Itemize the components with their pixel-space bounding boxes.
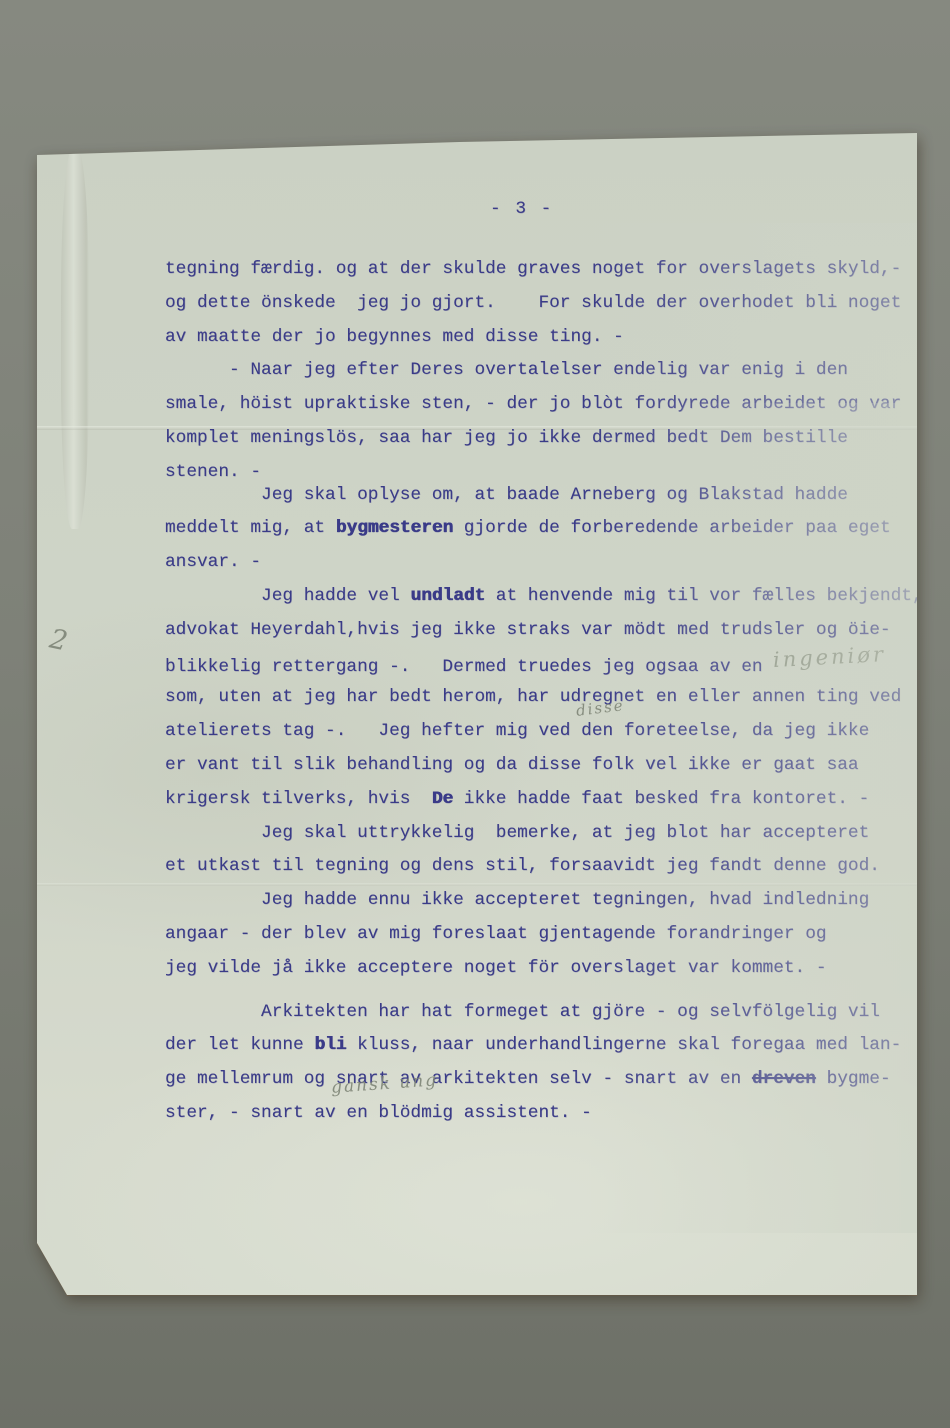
typed-line-23: Arkitekten har hat formeget at gjöre - o…: [165, 996, 925, 1030]
document-page: - 3 - tegning færdig. og at der skulde g…: [37, 133, 917, 1295]
typed-line-9: meddelt mig, at bygmesteren gjorde de fo…: [165, 512, 925, 546]
typed-text: bli: [314, 1035, 346, 1055]
typed-text: angaar - der blev av mig foreslaat gjent…: [165, 924, 827, 944]
typed-line-24: der let kunne bli kluss, naar underhandl…: [165, 1029, 925, 1063]
typed-line-14: som, uten at jeg har bedt herom, har udr…: [165, 681, 925, 715]
typed-text: meddelt mig, at: [165, 518, 336, 538]
typed-line-11: Jeg hadde vel undladt at henvende mig ti…: [165, 580, 925, 614]
typed-text: at henvende mig til vor fælles bekjendt,: [485, 586, 923, 606]
typed-line-19: et utkast til tegning og dens stil, fors…: [165, 850, 925, 884]
typed-line-5: smale, höist upraktiske sten, - der jo b…: [165, 388, 925, 422]
typed-text: ge mellemrum og snart av arkitekten selv…: [165, 1069, 752, 1089]
typed-text: og dette önskede jeg jo gjort. For skuld…: [165, 293, 901, 313]
page-number: - 3 -: [490, 199, 553, 219]
typed-line-15: atelierets tag -. Jeg hefter mig ved den…: [165, 715, 925, 749]
typed-text: gjorde de forberedende arbeider paa eget: [453, 518, 891, 538]
typed-text: smale, höist upraktiske sten, - der jo b…: [165, 394, 901, 414]
typed-line-8: Jeg skal oplyse om, at baade Arneberg og…: [165, 479, 925, 513]
typed-text: ikke hadde faat besked fra kontoret. -: [453, 789, 869, 809]
typed-line-10: ansvar. -: [165, 546, 925, 580]
handwritten-margin-mark: 2: [47, 624, 70, 658]
typed-text: undladt: [410, 586, 485, 606]
typed-line-17: krigersk tilverks, hvis De ikke hadde fa…: [165, 783, 925, 817]
typed-text: atelierets tag -. Jeg hefter mig ved den…: [165, 721, 869, 741]
typed-text: blikkelig rettergang -. Dermed truedes j…: [165, 657, 773, 677]
typed-text: ster, - snart av en blödmig assistent. -: [165, 1103, 592, 1123]
typed-text: Jeg skal oplyse om, at baade Arneberg og…: [165, 485, 848, 505]
typed-line-22: jeg vilde jå ikke acceptere noget för ov…: [165, 952, 925, 986]
typed-text: som, uten at jeg har bedt herom, har udr…: [165, 687, 901, 707]
typed-line-20: Jeg hadde ennu ikke accepteret tegningen…: [165, 884, 925, 918]
typed-line-13: blikkelig rettergang -. Dermed truedes j…: [165, 648, 925, 682]
scan-background: - 3 - tegning færdig. og at der skulde g…: [0, 0, 950, 1428]
typed-text: Jeg hadde vel: [165, 586, 410, 606]
typed-text: komplet meningslös, saa har jeg jo ikke …: [165, 428, 848, 448]
typed-text: tegning færdig. og at der skulde graves …: [165, 259, 901, 279]
handwritten-word-ingenior: ingeniør: [772, 638, 887, 678]
typed-line-16: er vant til slik behandling og da disse …: [165, 749, 925, 783]
typed-text: dreven: [752, 1069, 816, 1089]
typed-text: kluss, naar underhandlingerne skal foreg…: [346, 1035, 901, 1055]
typed-text: bygmesteren: [336, 518, 453, 538]
typed-text: Jeg hadde ennu ikke accepteret tegningen…: [165, 890, 869, 910]
typed-line-21: angaar - der blev av mig foreslaat gjent…: [165, 918, 925, 952]
typed-line-2: og dette önskede jeg jo gjort. For skuld…: [165, 287, 925, 321]
typed-text: bygme-: [816, 1069, 891, 1089]
paper-wrap: - 3 - tegning færdig. og at der skulde g…: [37, 133, 917, 1295]
typed-text: et utkast til tegning og dens stil, fors…: [165, 856, 880, 876]
typed-text: krigersk tilverks, hvis: [165, 789, 432, 809]
typed-text: der let kunne: [165, 1035, 314, 1055]
typed-text: advokat Heyerdahl,hvis jeg ikke straks v…: [165, 620, 891, 640]
typed-line-25: ge mellemrum og snart av arkitekten selv…: [165, 1063, 925, 1097]
typed-line-26: ster, - snart av en blödmig assistent. -: [165, 1097, 925, 1131]
typed-line-6: komplet meningslös, saa har jeg jo ikke …: [165, 422, 925, 456]
typed-lines: tegning færdig. og at der skulde graves …: [165, 253, 925, 1131]
typed-text: Arkitekten har hat formeget at gjöre - o…: [165, 1002, 880, 1022]
typed-line-4: - Naar jeg efter Deres overtalelser ende…: [165, 354, 925, 388]
typed-text: De: [432, 789, 453, 809]
typed-text: jeg vilde jå ikke acceptere noget för ov…: [165, 958, 827, 978]
typed-line-1: tegning færdig. og at der skulde graves …: [165, 253, 925, 287]
typed-text: av maatte der jo begynnes med disse ting…: [165, 327, 624, 347]
typed-line-18: Jeg skal uttrykkelig bemerke, at jeg blo…: [165, 817, 925, 851]
typed-text: Jeg skal uttrykkelig bemerke, at jeg blo…: [165, 823, 869, 843]
typed-text: er vant til slik behandling og da disse …: [165, 755, 859, 775]
typed-text: - Naar jeg efter Deres overtalelser ende…: [165, 360, 848, 380]
vertical-crease-mark: [61, 149, 89, 529]
typed-line-3: av maatte der jo begynnes med disse ting…: [165, 321, 925, 355]
typed-text: ansvar. -: [165, 552, 261, 572]
